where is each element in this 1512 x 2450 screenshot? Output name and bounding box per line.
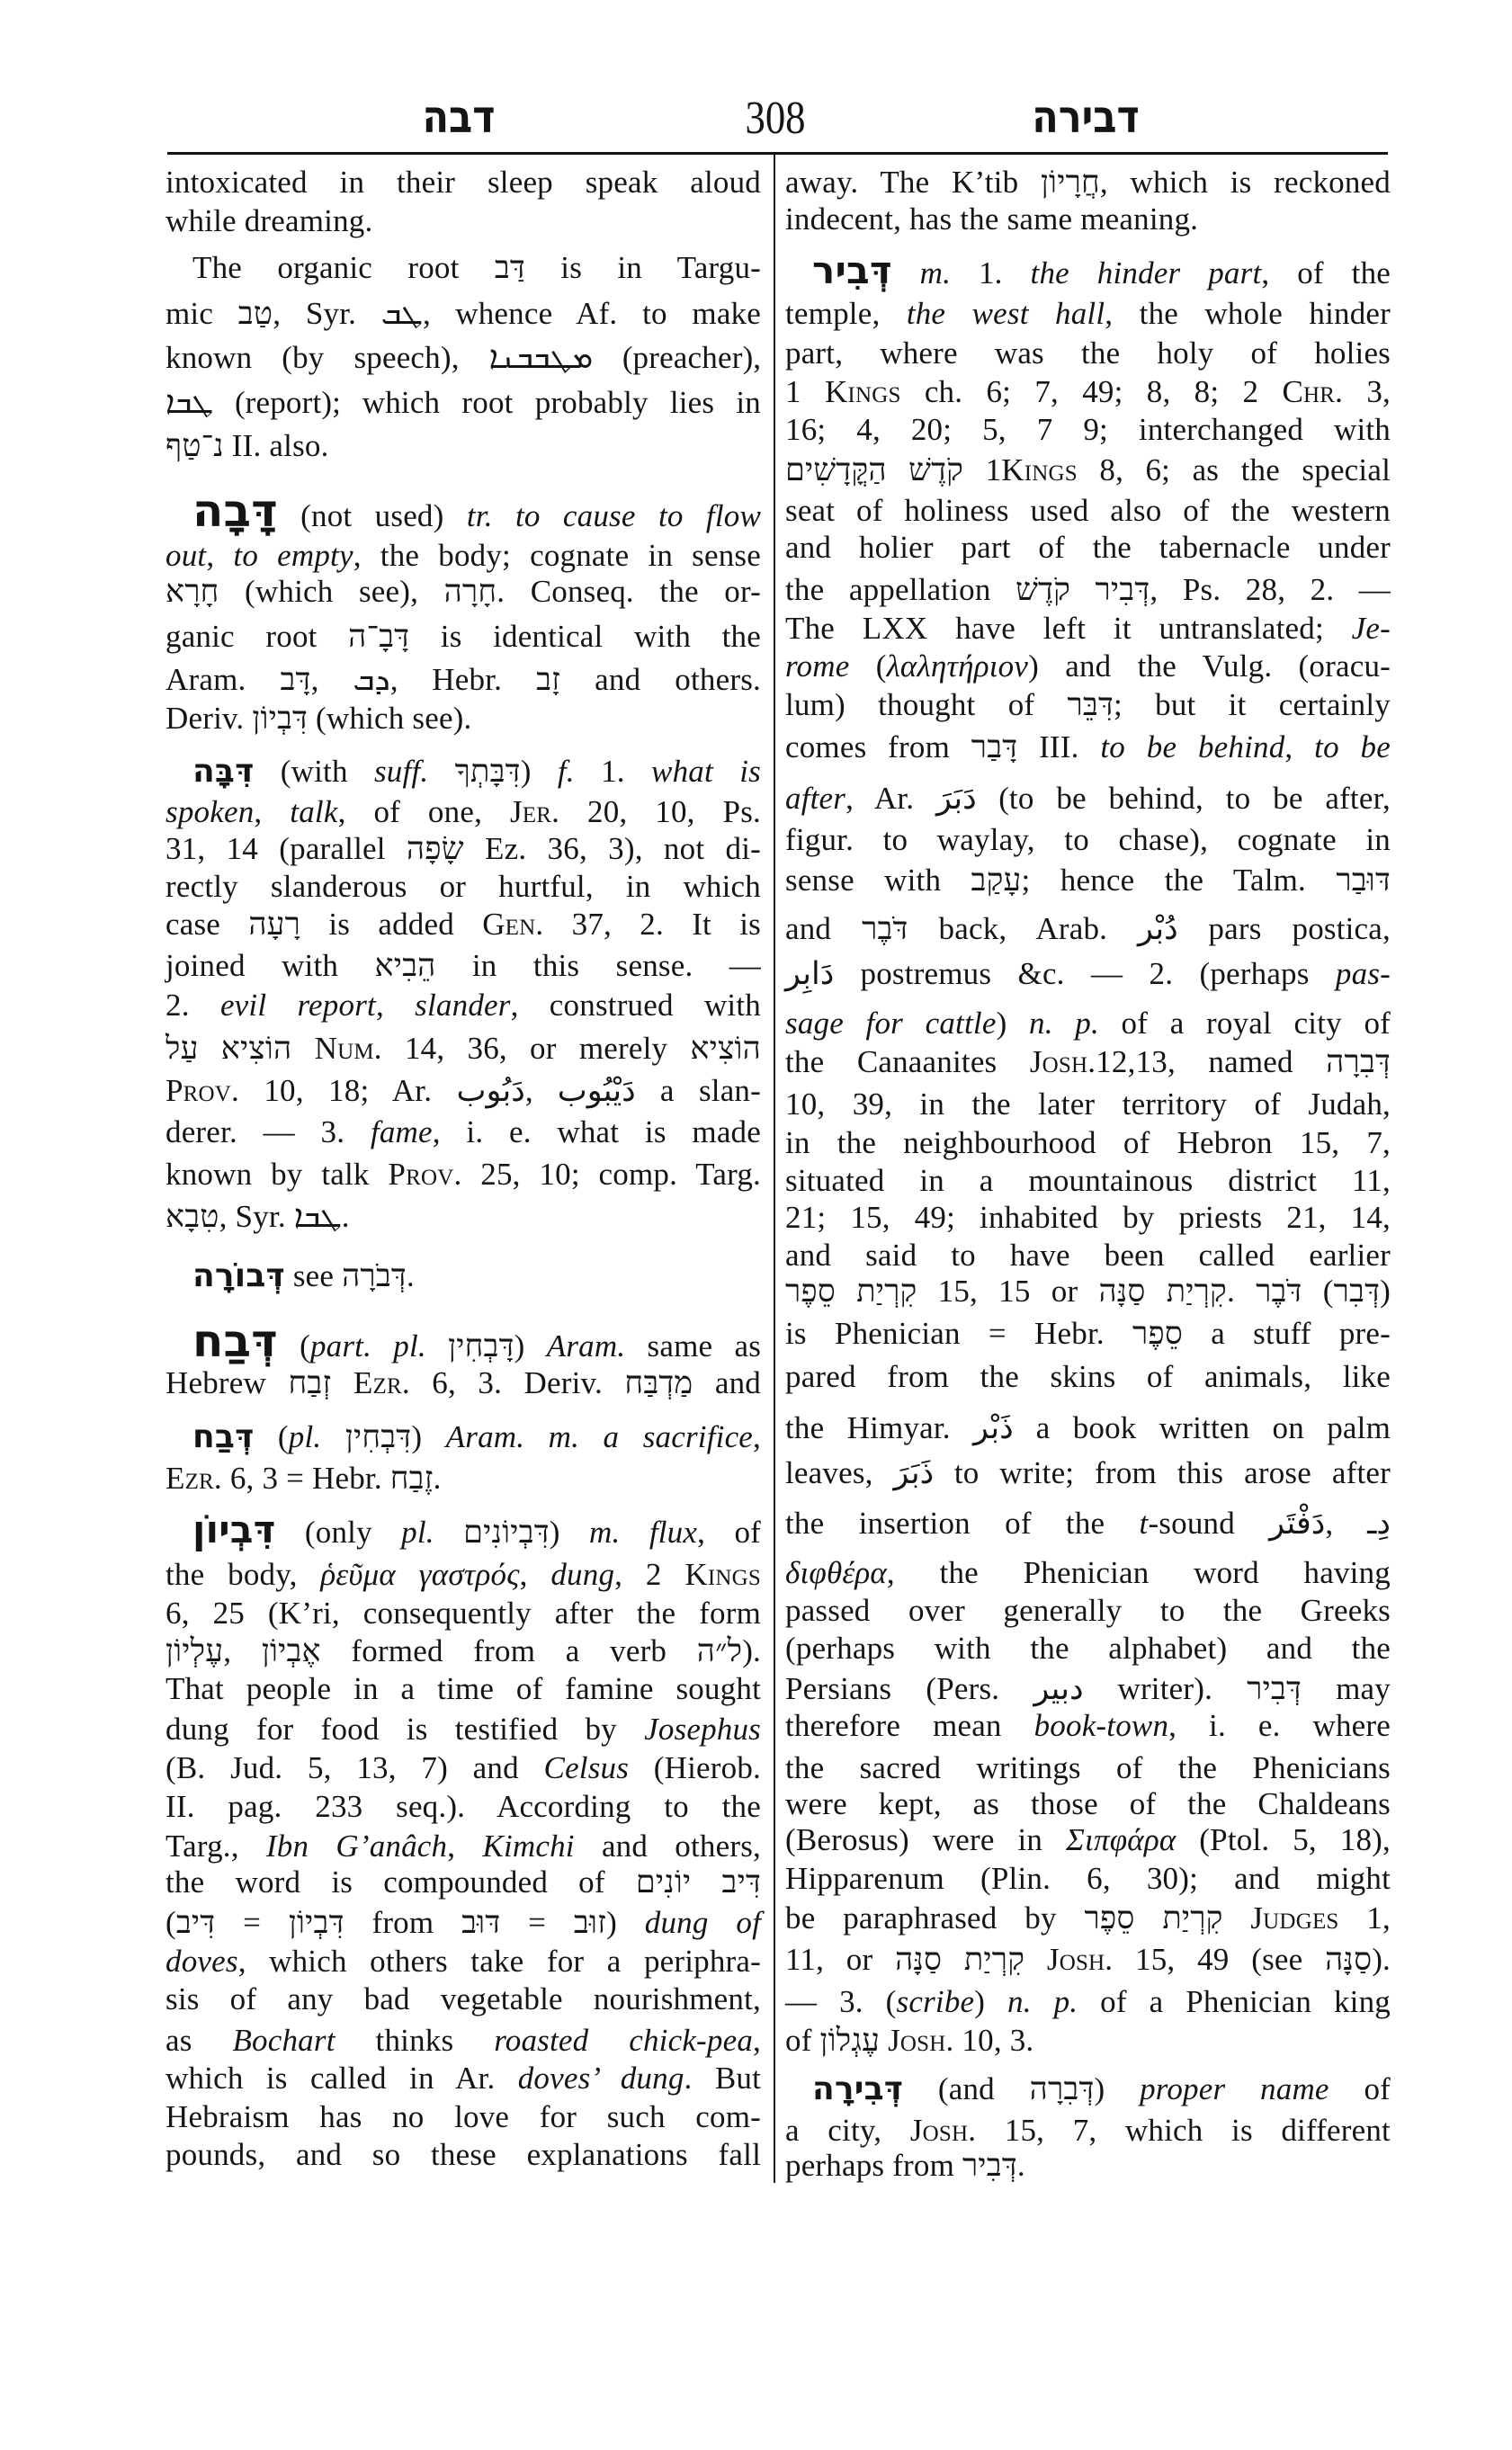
line-text: , construed with <box>511 988 761 1023</box>
italic-text: m. <box>920 255 951 291</box>
entry-start-line: דְּבַח (part. pl. דָּבְחִין‎) Aram. same… <box>166 1321 761 1361</box>
line-text: קֹדֶשׁ הַקֳּדָשִׁים‎ 1 <box>785 452 1001 487</box>
text-line: known (by speech), ܡܛܒܒܢܐ‎ (preacher), <box>166 338 761 378</box>
text-line: derer. — 3. fame, i. e. what is made <box>166 1113 761 1152</box>
text-line: 16; 4, 20; 5, 7 9; interchanged with <box>785 410 1391 450</box>
text-line: and דֹּבֶר‎ back, Arab. دُبْر‎ pars post… <box>785 909 1391 949</box>
line-text: עֶלְיוֹן‎, אֶבְיוֹן‎ formed from a verb … <box>166 1633 761 1668</box>
line-text: (with <box>254 754 374 789</box>
text-line: comes from דָּבַר‎ III. to be behind, to… <box>785 728 1391 767</box>
line-text: ) <box>974 1984 1007 2019</box>
text-line: were kept, as those of the Chaldeans <box>785 1784 1391 1824</box>
text-line: 6, 25 (K’ri, consequently after the form <box>166 1594 761 1633</box>
line-text: the Himyar. ذَبْر‎ a book written on pal… <box>785 1410 1391 1445</box>
italic-text: after <box>785 781 845 816</box>
text-line: Ezr. 6, 3 = Hebr. זֶבַח‎. <box>166 1459 761 1498</box>
text-line: sage for cattle) n. p. of a royal city o… <box>785 1004 1391 1043</box>
text-line: Targ., Ibn G’anâch, Kimchi and others, <box>166 1827 761 1866</box>
line-text: ( <box>278 1328 310 1364</box>
text-line: which is called in Ar. doves’ dung. But <box>166 2059 761 2098</box>
italic-text: Aram. <box>547 1328 626 1364</box>
text-line: spoken, talk, of one, Jer. 20, 10, Ps. <box>166 792 761 832</box>
book-reference: Jer. <box>510 794 559 829</box>
line-text: (Ptol. 5, 18), <box>1176 1822 1391 1857</box>
text-line: Hipparenum (Plin. 6, 30); and might <box>785 1859 1391 1899</box>
headword: דִּבְיוֹן <box>192 1507 276 1551</box>
text-line: קֹדֶשׁ הַקֳּדָשִׁים‎ 1Kings 8, 6; as the… <box>785 451 1391 490</box>
book-reference: Prov. <box>388 1157 461 1192</box>
line-text: הוֹצִיא עַל‎ <box>166 1031 315 1066</box>
line-text: , the body; cognate in sense <box>353 538 761 573</box>
text-line: and holier part of the tabernacle under <box>785 528 1391 568</box>
text-line: The organic root דַּב‎ is in Targu- <box>166 248 761 288</box>
line-text: indecent, has the same meaning. <box>785 201 1198 237</box>
line-text: 6, 25 (K’ri, consequently after the form <box>166 1596 761 1631</box>
line-text: 6, 3 = Hebr. זֶבַח‎. <box>222 1461 442 1496</box>
line-text: thinks <box>336 2023 495 2058</box>
text-line: Hebrew זְבַח‎ Ezr. 6, 3. Deriv. מַדְבַּח… <box>166 1364 761 1403</box>
entry-start-line: דְּבַח (pl. דִּבְחִין‎) Aram. m. a sacri… <box>166 1417 761 1457</box>
line-text: 8, 6; as the special <box>1078 452 1391 487</box>
book-reference: Josh. <box>910 2113 976 2148</box>
italic-text: pl. <box>289 1419 322 1454</box>
line-text: were kept, as those of the Chaldeans <box>785 1786 1391 1821</box>
line-text: 1 <box>785 374 825 409</box>
text-line: perhaps from דְּבִיר‎. <box>785 2146 1391 2186</box>
line-text: The LXX have left it untranslated; <box>785 611 1352 646</box>
italic-text: rome <box>785 648 849 684</box>
headword: דָּבָה <box>192 485 278 537</box>
italic-text: Josephus <box>644 1712 761 1747</box>
line-text: ܛܒܐ‎ (report); which root probably lies … <box>166 385 761 420</box>
text-line: indecent, has the same meaning. <box>785 200 1391 239</box>
line-text: ) and the Vulg. (oracu- <box>1028 648 1391 684</box>
line-text: a city, <box>785 2113 910 2148</box>
text-line: Persians (Pers. دبیر‎ writer). דְּבִיר‎ … <box>785 1669 1391 1709</box>
right-column: away. The K’tib חֲרָיוֹן‎, which is reck… <box>785 0 1391 2450</box>
line-text: joined with הֵבִיא‎ in this sense. — <box>166 948 761 983</box>
line-text: situated in a mountainous district 11, <box>785 1163 1391 1198</box>
italic-text: tr. to cause to flow <box>467 498 761 533</box>
line-text: part, where was the holy of holies <box>785 335 1391 371</box>
entry-start-line: דִּבְיוֹן (only pl. דִּבְיוֹנִים‎) m. fl… <box>166 1510 761 1550</box>
text-line: as Bochart thinks roasted chick-pea, <box>166 2021 761 2061</box>
headword: דְּבִירָה <box>812 2070 903 2107</box>
line-text <box>892 255 920 291</box>
text-line: after, Ar. دَبَرَ‎ (to be behind, to be … <box>785 779 1391 818</box>
line-text: , of the <box>1261 255 1391 291</box>
italic-text: to be <box>1314 729 1391 765</box>
book-reference: Prov. <box>166 1073 239 1108</box>
line-text: , of one, <box>338 794 510 829</box>
line-text: , <box>753 2023 761 2058</box>
text-line: Aram. דָּב‎, ܕܒ‎, Hebr. זָב‎ and others. <box>166 660 761 700</box>
headword: דְּבוֹרָה <box>192 1257 285 1294</box>
line-text: Hipparenum (Plin. 6, 30); and might <box>785 1861 1391 1896</box>
italic-text: διφθέρα <box>785 1555 887 1590</box>
book-reference: Num. <box>315 1031 382 1066</box>
text-line: The LXX have left it untranslated; Je- <box>785 609 1391 648</box>
line-text: which is called in Ar. <box>166 2061 518 2096</box>
text-line: in the neighbourhood of Hebron 15, 7, <box>785 1123 1391 1163</box>
line-text: comes from דָּבַר‎ III. <box>785 729 1100 765</box>
text-line: away. The K’tib חֲרָיוֹן‎, which is reck… <box>785 163 1391 202</box>
text-line: Prov. 10, 18; Ar. دَبُوب‎, دَيْبُوب‎ a s… <box>166 1071 761 1111</box>
italic-text: out <box>166 538 206 573</box>
italic-text: doves <box>166 1944 238 1979</box>
line-text: 3, <box>1343 374 1391 409</box>
text-line: therefore mean book-town, i. e. where <box>785 1706 1391 1746</box>
italic-text: pl. <box>401 1515 434 1550</box>
line-text: דִּבָּתְךָ‎) <box>428 754 558 789</box>
italic-text: doves’ dung <box>518 2061 684 2096</box>
line-text: known (by speech), ܡܛܒܒܢܐ‎ (preacher), <box>166 340 761 375</box>
text-line: 31, 14 (parallel שָׂפָה‎ Ez. 36, 3), not… <box>166 829 761 869</box>
text-line: That people in a time of famine sought <box>166 1669 761 1709</box>
line-text: The organic root דַּב‎ is in Targu- <box>192 250 761 285</box>
line-text: 37, 2. It is <box>543 907 761 942</box>
headword: דְּבִיר <box>812 248 892 292</box>
line-text: 10, 18; Ar. دَبُوب‎, دَيْبُوب‎ a slan- <box>239 1073 761 1108</box>
line-text: (Hierob. <box>629 1750 761 1785</box>
line-text: , <box>376 988 415 1023</box>
entry-start-line: דְּבִיר m. 1. the hinder part, of the <box>785 251 1391 291</box>
text-line: seat of holiness used also of the wester… <box>785 491 1391 531</box>
line-text: , <box>254 794 290 829</box>
line-text: 20, 10, Ps. <box>559 794 761 829</box>
line-text: 1. <box>575 754 651 789</box>
line-text: דָּבְחִין‎) <box>426 1328 547 1364</box>
line-text: (B. Jud. 5, 13, 7) and <box>166 1750 544 1785</box>
text-line: נ־טַף‎ II. also. <box>166 426 761 466</box>
italic-text: the hinder part <box>1031 255 1262 291</box>
line-text: the appellation דְּבִיר קֹדֶשׁ‎, Ps. 28,… <box>785 572 1391 607</box>
text-line: ܛܒܐ‎ (report); which root probably lies … <box>166 383 761 423</box>
line-text: 1. <box>951 255 1030 291</box>
text-line: part, where was the holy of holies <box>785 334 1391 373</box>
dictionary-page: דבה 308 דבירה intoxicated in their sleep… <box>0 0 1512 2450</box>
italic-text: what is <box>651 754 761 789</box>
line-text: Aram. דָּב‎, ܕܒ‎, Hebr. זָב‎ and others. <box>166 662 761 697</box>
italic-text: Bochart <box>232 2023 335 2058</box>
line-text: sis of any bad vegetable nourishment, <box>166 1981 761 2016</box>
line-text: is Phenician = Hebr. סֵפֶר‎ a stuff pre- <box>785 1316 1391 1351</box>
line-text: 1, <box>1339 1900 1391 1936</box>
line-text: , i. e. where <box>1168 1708 1391 1743</box>
entry-start-line: דִּבָּה (with suff. דִּבָּתְךָ‎) f. 1. w… <box>166 752 761 791</box>
book-reference: Chr. <box>1282 374 1343 409</box>
line-text: Targ., <box>166 1829 266 1864</box>
book-reference: Gen. <box>482 907 543 942</box>
line-text: sense with עָקַב‎; hence the Talm. דּוּב… <box>785 863 1391 898</box>
line-text: pounds, and so these explanations fall <box>166 2137 761 2172</box>
book-reference: Josh. <box>1030 1044 1096 1079</box>
text-line: temple, the west hall, the whole hinder <box>785 294 1391 334</box>
left-column: intoxicated in their sleep speak aloud w… <box>166 0 761 2450</box>
line-text: intoxicated in their sleep speak aloud <box>166 165 761 200</box>
italic-text: scribe <box>897 1984 975 2019</box>
italic-text: the west hall <box>907 296 1105 331</box>
text-line: the appellation דְּבִיר קֹדֶשׁ‎, Ps. 28,… <box>785 570 1391 610</box>
line-text: , <box>753 1419 761 1454</box>
entry-start-line: דְּבוֹרָה see דְּבֹרָה‎. <box>166 1256 761 1296</box>
text-line: be paraphrased by קִרְיַת סֵפֶר‎ Judges … <box>785 1899 1391 1938</box>
line-text: of <box>1329 2071 1391 2106</box>
line-text: . But <box>684 2061 761 2096</box>
line-text: 6, 3. Deriv. מַדְבַּח‎ and <box>410 1365 761 1400</box>
line-text: , i. e. what is made <box>433 1114 761 1149</box>
line-text: of a Phenician king <box>1078 1984 1391 2019</box>
line-text: Persians (Pers. دبیر‎ writer). דְּבִיר‎ … <box>785 1671 1391 1706</box>
line-text: , Ar. دَبَرَ‎ (to be behind, to be after… <box>845 781 1391 816</box>
italic-text: Aram. m. a sacrifice <box>446 1419 753 1454</box>
line-text: ( <box>849 648 886 684</box>
column-divider <box>774 155 775 2183</box>
line-text: pared from the skins of animals, like <box>785 1359 1391 1394</box>
line-text: (only <box>276 1515 402 1550</box>
headword: דְּבַח <box>192 1418 254 1455</box>
line-text: be paraphrased by קִרְיַת סֵפֶר‎ <box>785 1900 1250 1936</box>
text-line: figur. to waylay, to chase), cognate in <box>785 820 1391 860</box>
line-text: , <box>520 1557 551 1592</box>
italic-text: roasted chick-pea <box>494 2023 753 2058</box>
text-line: the Canaanites Josh.12,13, named דְּבִרָ… <box>785 1042 1391 1082</box>
text-line: pounds, and so these explanations fall <box>166 2135 761 2175</box>
text-line: חָרָא‎ (which see), חָרָה‎. Conseq. the … <box>166 572 761 612</box>
line-text: , the whole hinder <box>1105 296 1391 331</box>
italic-text: talk <box>290 794 337 829</box>
line-text: away. The K’tib חֲרָיוֹן‎, which is reck… <box>785 165 1391 200</box>
book-reference: Josh. <box>888 2023 953 2058</box>
text-line: the insertion of the t-sound دَفْتَر‎, د… <box>785 1504 1391 1543</box>
text-line: known by talk Prov. 25, 10; comp. Targ. <box>166 1155 761 1194</box>
text-line: mic טַב‎, Syr. ܛܒ‎, whence Af. to make <box>166 294 761 334</box>
text-line: 2. evil report, slander, construed with <box>166 986 761 1025</box>
line-text: 12,13, named דְּבִרָה‎ <box>1096 1044 1391 1079</box>
text-line: 21; 15, 49; inhabited by priests 21, 14, <box>785 1198 1391 1238</box>
line-text: 25, 10; comp. Targ. <box>461 1157 761 1192</box>
line-text: (Berosus) were in <box>785 1822 1066 1857</box>
text-line: pared from the skins of animals, like <box>785 1357 1391 1397</box>
text-line: and said to have been called earlier <box>785 1236 1391 1275</box>
line-text: , <box>206 538 233 573</box>
line-text: ch. 6; 7, 49; 8, 8; 2 <box>901 374 1283 409</box>
line-text: ( <box>254 1419 288 1454</box>
text-line: sense with עָקַב‎; hence the Talm. דּוּב… <box>785 861 1391 900</box>
line-text: same as <box>625 1328 761 1364</box>
line-text: the sacred writings of the Phenicians <box>785 1750 1391 1785</box>
line-text: derer. — 3. <box>166 1114 371 1149</box>
line-text: in the neighbourhood of Hebron 15, 7, <box>785 1125 1391 1160</box>
text-line: Deriv. דִּבְיוֹן‎ (which see). <box>166 699 761 738</box>
line-text: , the Phenician word having <box>887 1555 1391 1590</box>
line-text: and said to have been called earlier <box>785 1238 1391 1273</box>
headword: דְּבַח <box>192 1315 278 1367</box>
italic-text: to empty <box>233 538 353 573</box>
line-text: the body, <box>166 1557 320 1592</box>
line-text: 10, 39, in the later territory of Judah, <box>785 1086 1391 1122</box>
line-text: while dreaming. <box>166 203 372 238</box>
book-reference: Kings <box>1001 452 1078 487</box>
italic-text: part. pl. <box>310 1328 426 1364</box>
text-line: situated in a mountainous district 11, <box>785 1161 1391 1201</box>
italic-text: dung of <box>645 1905 761 1940</box>
italic-text: spoken <box>166 794 254 829</box>
line-text: as <box>166 2023 232 2058</box>
italic-text: proper name <box>1140 2071 1329 2106</box>
line-text: passed over generally to the Greeks <box>785 1593 1391 1628</box>
italic-text: n. p. <box>1029 1006 1099 1041</box>
line-text: , <box>1284 729 1314 765</box>
text-line: while dreaming. <box>166 201 761 241</box>
text-line: 11, or קִרְיַת סַנָּה‎ Josh. 15, 49 (see… <box>785 1940 1391 1980</box>
line-text: temple, <box>785 296 907 331</box>
line-text: 31, 14 (parallel שָׂפָה‎ Ez. 36, 3), not… <box>166 831 761 866</box>
italic-text: to be behind <box>1100 729 1284 765</box>
text-line: a city, Josh. 15, 7, which is different <box>785 2111 1391 2150</box>
italic-text: λαλητήριον <box>887 648 1029 684</box>
line-text: 10, 3. <box>953 2023 1033 2058</box>
italic-text: sage for cattle <box>785 1006 997 1041</box>
text-line: ganic root דָּבָ־ה‎ is identical with th… <box>166 617 761 657</box>
line-text: II. pag. 233 seq.). According to the <box>166 1789 761 1824</box>
line-text: That people in a time of famine sought <box>166 1671 761 1706</box>
line-text: and דֹּבֶר‎ back, Arab. دُبْر‎ pars post… <box>785 911 1391 946</box>
text-line: is Phenician = Hebr. סֵפֶר‎ a stuff pre- <box>785 1314 1391 1354</box>
line-text: the Canaanites <box>785 1044 1030 1079</box>
text-line: sis of any bad vegetable nourishment, <box>166 1980 761 2019</box>
line-text: the word is compounded of דִּיב יוֹנִים‎ <box>166 1864 761 1900</box>
line-text: , of <box>697 1515 761 1550</box>
italic-text: pas- <box>1336 956 1391 991</box>
line-text: of עֶגְלוֹן‎ <box>785 2023 888 2058</box>
line-text: figur. to waylay, to chase), cognate in <box>785 822 1391 857</box>
text-line: the body, ῥεῦμα γαστρός, dung, 2 Kings <box>166 1555 761 1595</box>
text-line: leaves, ذَبَرَ‎ to write; from this aros… <box>785 1453 1391 1493</box>
text-line: out, to empty, the body; cognate in sens… <box>166 536 761 576</box>
line-text: 15, 49 (see סַנָּה‎). <box>1113 1942 1391 1977</box>
italic-text: n. p. <box>1007 1984 1078 2019</box>
line-text: (perhaps with the alphabet) and the <box>785 1631 1391 1666</box>
line-text: of a royal city of <box>1099 1006 1391 1041</box>
line-text: see דְּבֹרָה‎. <box>285 1258 415 1293</box>
italic-text: Ibn G’anâch <box>266 1829 447 1864</box>
book-reference: Kings <box>825 374 901 409</box>
book-reference: Josh. <box>1047 1942 1113 1977</box>
entry-start-line: דָּבָה (not used) tr. to cause to flow <box>166 491 761 531</box>
line-text: Hebrew זְבַח‎ <box>166 1365 353 1400</box>
line-text: — 3. ( <box>785 1984 897 2019</box>
line-text: (not used) <box>278 498 467 533</box>
headword: דִּבָּה <box>192 753 254 790</box>
text-line: دَابِر‎ postremus &c. — 2. (perhaps pas- <box>785 954 1391 994</box>
line-text: ganic root דָּבָ־ה‎ is identical with th… <box>166 619 761 654</box>
text-line: 1 Kings ch. 6; 7, 49; 8, 8; 2 Chr. 3, <box>785 372 1391 412</box>
book-reference: Ezr. <box>353 1365 410 1400</box>
text-line: Hebraism has no love for such com- <box>166 2097 761 2137</box>
text-line: קִרְיַת סֵפֶר‎ 15, 15 or קִרְיַת סַנָּה‎… <box>785 1272 1391 1311</box>
line-text: נ־טַף‎ II. also. <box>166 428 329 463</box>
line-text: 2. <box>166 988 220 1023</box>
line-text: Deriv. דִּבְיוֹן‎ (which see). <box>166 701 471 736</box>
text-line: case רָעָה‎ is added Gen. 37, 2. It is <box>166 905 761 944</box>
italic-text: f. <box>558 754 575 789</box>
line-text: קִרְיַת סֵפֶר‎ 15, 15 or קִרְיַת סַנָּה‎… <box>785 1274 1391 1309</box>
line-text: (and דְּבִרָה‎) <box>903 2071 1140 2106</box>
line-text: (דִּיב‎ = דִּבְיוֹן‎ from דּוּב‎ = זוּב‎… <box>166 1905 645 1940</box>
italic-text: slander <box>415 988 510 1023</box>
text-line: dung for food is testified by Josephus <box>166 1710 761 1749</box>
book-reference: Kings <box>684 1557 761 1592</box>
line-text: therefore mean <box>785 1708 1034 1743</box>
line-text: and others, <box>575 1829 761 1864</box>
line-text: , which others take for a periphra- <box>238 1944 761 1979</box>
italic-text: fame <box>371 1114 433 1149</box>
line-text: seat of holiness used also of the wester… <box>785 493 1391 528</box>
book-reference: Ezr. <box>166 1461 222 1496</box>
text-line: passed over generally to the Greeks <box>785 1591 1391 1631</box>
line-text: دَابِر‎ postremus &c. — 2. (perhaps <box>785 956 1336 991</box>
line-text: perhaps from דְּבִיר‎. <box>785 2148 1025 2183</box>
text-line: (B. Jud. 5, 13, 7) and Celsus (Hierob. <box>166 1748 761 1788</box>
italic-text: ῥεῦμα γαστρός <box>320 1557 519 1592</box>
italic-text: dung <box>550 1557 614 1592</box>
line-text: lum) thought of דִּבֵּר‎; but it certain… <box>785 687 1391 722</box>
text-line: 10, 39, in the later territory of Judah, <box>785 1085 1391 1124</box>
line-text: , <box>447 1829 482 1864</box>
text-line: rectly slanderous or hurtful, in which <box>166 867 761 907</box>
entry-start-line: דְּבִירָה (and דְּבִרָה‎) proper name of <box>785 2070 1391 2109</box>
text-line: (דִּיב‎ = דִּבְיוֹן‎ from דּוּב‎ = זוּב‎… <box>166 1903 761 1943</box>
line-text: known by talk <box>166 1157 388 1192</box>
text-line: lum) thought of דִּבֵּר‎; but it certain… <box>785 685 1391 725</box>
line-text: ) <box>997 1006 1029 1041</box>
italic-text: Celsus <box>544 1750 630 1785</box>
text-line: (perhaps with the alphabet) and the <box>785 1629 1391 1668</box>
text-line: doves, which others take for a periphra- <box>166 1942 761 1981</box>
text-line: טִבָא‎, Syr. ܛܒܐ‎. <box>166 1197 761 1237</box>
italic-text: Je- <box>1352 611 1391 646</box>
line-text: חָרָא‎ (which see), חָרָה‎. Conseq. the … <box>166 574 761 609</box>
line-text: 14, 36, or merely הוֹצִיא‎ <box>382 1031 761 1066</box>
line-text: 16; 4, 20; 5, 7 9; interchanged with <box>785 412 1391 447</box>
line-text: case רָעָה‎ is added <box>166 907 482 942</box>
text-line: II. pag. 233 seq.). According to the <box>166 1787 761 1827</box>
line-text: דִּבְחִין‎) <box>321 1419 445 1454</box>
line-text: 21; 15, 49; inhabited by priests 21, 14, <box>785 1200 1391 1235</box>
text-line: the sacred writings of the Phenicians <box>785 1748 1391 1788</box>
line-text: 15, 7, which is different <box>976 2113 1391 2148</box>
line-text: leaves, ذَبَرَ‎ to write; from this aros… <box>785 1455 1391 1490</box>
text-line: הוֹצִיא עַל‎ Num. 14, 36, or merely הוֹצ… <box>166 1029 761 1069</box>
text-line: joined with הֵבִיא‎ in this sense. — <box>166 946 761 986</box>
text-line: διφθέρα, the Phenician word having <box>785 1553 1391 1593</box>
line-text: Hebraism has no love for such com- <box>166 2099 761 2134</box>
text-line: the word is compounded of דִּיב יוֹנִים‎ <box>166 1863 761 1902</box>
italic-text: t <box>1140 1506 1149 1541</box>
line-text: rectly slanderous or hurtful, in which <box>166 869 761 904</box>
line-text: dung for food is testified by <box>166 1712 644 1747</box>
text-line: the Himyar. ذَبْر‎ a book written on pal… <box>785 1408 1391 1448</box>
line-text: 11, or קִרְיַת סַנָּה‎ <box>785 1942 1047 1977</box>
italic-text: Kimchi <box>482 1829 574 1864</box>
text-line: — 3. (scribe) n. p. of a Phenician king <box>785 1982 1391 2022</box>
book-reference: Judges <box>1250 1900 1338 1936</box>
line-text: and holier part of the tabernacle under <box>785 530 1391 565</box>
line-text: -sound دَفْتَر‎, دِـ‎ <box>1148 1506 1391 1541</box>
text-line: (Berosus) were in Σιπφάρα (Ptol. 5, 18), <box>785 1820 1391 1860</box>
text-line: עֶלְיוֹן‎, אֶבְיוֹן‎ formed from a verb … <box>166 1632 761 1671</box>
